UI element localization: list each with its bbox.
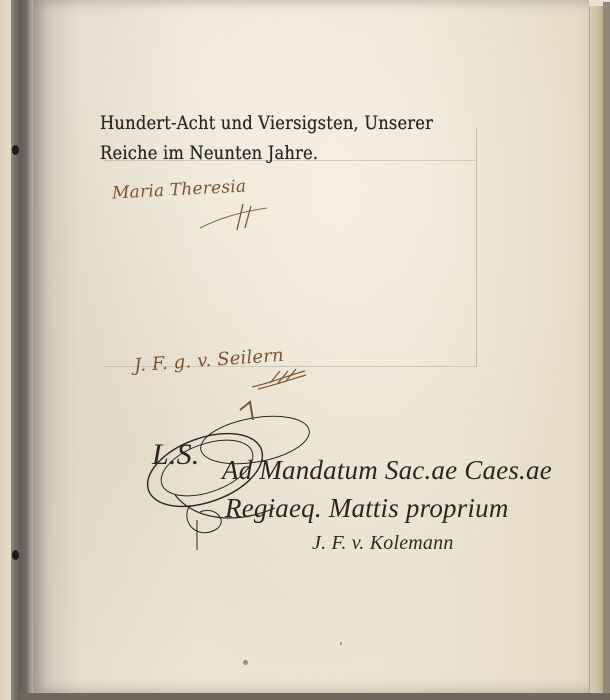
binding-hole (12, 550, 19, 560)
binding-hole (12, 145, 19, 155)
bottom-edge (20, 693, 610, 700)
text-line-1: Hundert-Acht und Viersigsten, Unserer (100, 112, 433, 134)
scanned-image: Hundert-Acht und Viersigsten, Unserer Re… (0, 0, 610, 700)
ink-spot (340, 642, 342, 645)
book-spine (11, 0, 33, 700)
signature-kolemann: J. F. v. Kolemann (312, 532, 454, 555)
signature-flourish (195, 190, 275, 235)
cover-edge (603, 2, 610, 700)
formula-line-2: Regiaeq. Mattis proprium (225, 493, 509, 524)
ink-spot (243, 660, 248, 665)
signature-paraph (250, 365, 310, 395)
locus-sigilli: L.S. (152, 438, 200, 472)
page-stack-edge (589, 6, 604, 696)
formula-line-1: Ad Mandatum Sac.ae Caes.ae (222, 455, 552, 486)
text-line-2: Reiche im Neunten Jahre. (100, 142, 318, 164)
